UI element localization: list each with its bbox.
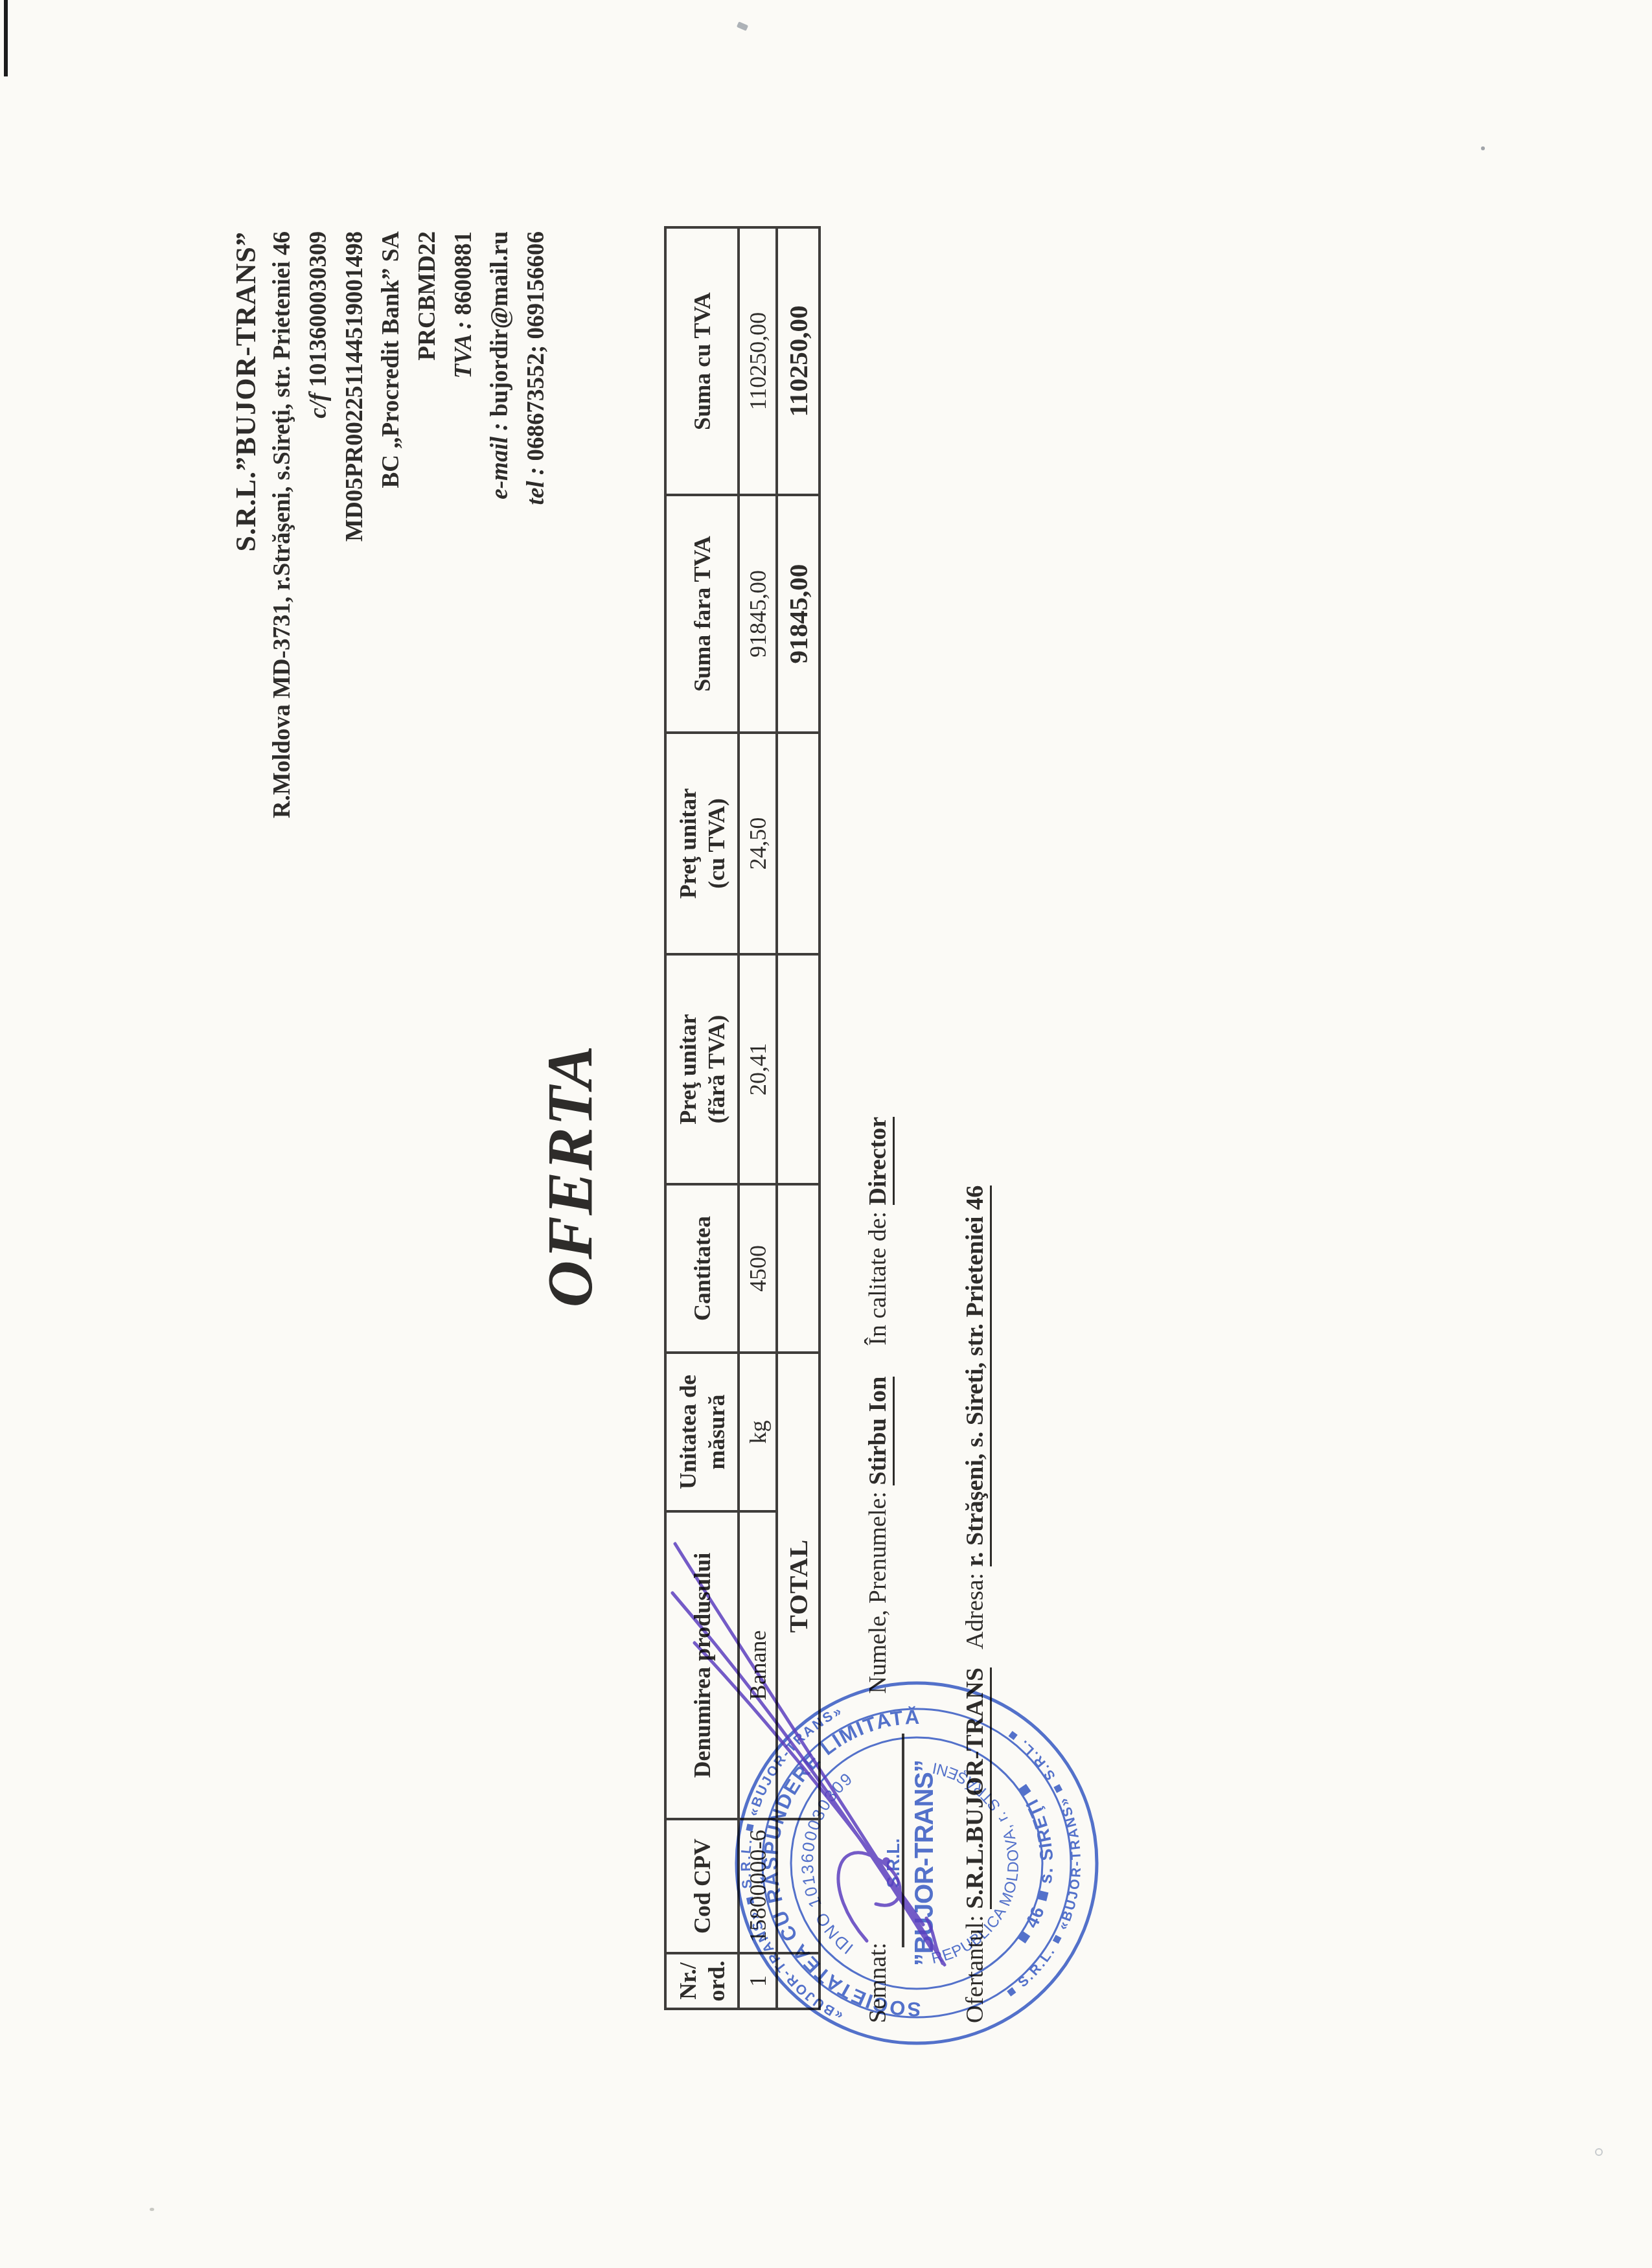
cell-unitate: kg (739, 1353, 777, 1511)
cell-nr: 1 (739, 1953, 777, 2009)
signed-line: Semnat:Numele, Prenumele: Stirbu IonÎn c… (864, 1117, 892, 2023)
role-label: În calitate de: (864, 1211, 891, 1346)
table-row: 1 15800000-6 Banane kg 4500 20,41 24,50 … (739, 227, 777, 2009)
cell-cpv: 15800000-6 (739, 1819, 777, 1953)
address-value: r. Străşeni, s. Sireti, str. Prieteniei … (961, 1186, 992, 1567)
company-name: S.R.L.”BUJOR-TRANS” (228, 231, 264, 818)
total-suma-fara: 91845,00 (777, 495, 820, 733)
scanner-edge-artifact (4, 0, 8, 76)
tva-value: 8600881 (450, 231, 477, 315)
total-label: TOTAL (777, 1353, 820, 1819)
role-value: Director (864, 1117, 895, 1205)
cell-suma-cu: 110250,00 (739, 227, 777, 495)
col-header-pret-fara: Preţ unitar (fără TVA) (665, 954, 739, 1184)
email-label: e-mail : (487, 422, 513, 499)
bank-code-line: PRCBMD22 (409, 231, 446, 818)
total-empty-cpv (777, 1819, 820, 1953)
offerer-line: Ofertantul: S.R.L.BUJOR-TRANSAdresa: r. … (961, 1186, 989, 2023)
col-header-cantitate: Cantitatea (665, 1184, 739, 1353)
tel-value: 068673552; 069156606 (523, 231, 549, 461)
offerer-value: S.R.L.BUJOR-TRANS (961, 1667, 992, 1909)
scan-speck (150, 2208, 154, 2211)
fiscal-code-label: c/f (305, 393, 332, 418)
stamp-center-big-text: ”BUJOR-TRANS” (910, 1760, 939, 1966)
email-line: e-mail : bujordir@mail.ru (482, 231, 518, 818)
svg-text:■ S.R.L. ■ «BUJOR-TRANS» ■: ■ S.R.L. ■ «BUJOR-TRANS» ■ S.R.L. ■ (1004, 1726, 1084, 2000)
total-empty-pret-fara (777, 954, 820, 1184)
semnat-label: Semnat: (864, 1942, 891, 2023)
letterhead: S.R.L.”BUJOR-TRANS” R.Moldova MD-3731, r… (228, 231, 555, 818)
offerer-label: Ofertantul: (961, 1915, 989, 2023)
cell-suma-fara: 91845,00 (739, 495, 777, 733)
email-value: bujordir@mail.ru (487, 231, 513, 417)
total-empty-cantitate (777, 1184, 820, 1353)
address-label: Adresa: (961, 1573, 989, 1649)
cell-denumire: Banane (739, 1511, 777, 1819)
table-total-row: TOTAL 91845,00 110250,00 (777, 227, 820, 2009)
table-header-row: Nr./ ord. Cod CPV Denumirea produsului U… (665, 227, 739, 2009)
col-header-cpv: Cod CPV (665, 1819, 739, 1953)
tva-label: TVA : (450, 321, 477, 379)
total-empty-nr (777, 1953, 820, 2009)
fiscal-code-value: 1013600030309 (305, 231, 332, 387)
company-address: R.Moldova MD-3731, r.Străşeni, s.Sireţi,… (264, 231, 301, 818)
total-empty-pret-cu (777, 733, 820, 954)
stamp-mid-ring-bottom-text: ■ 46 ■ s. SIREŢI ■ (1012, 1779, 1057, 1947)
signature-underline (902, 1734, 904, 1947)
col-header-pret-cu: Preţ unitar (cu TVA) (665, 733, 739, 954)
cell-pret-cu: 24,50 (739, 733, 777, 954)
scan-speck (1595, 2148, 1603, 2156)
cell-pret-fara: 20,41 (739, 954, 777, 1184)
name-value: Stirbu Ion (864, 1377, 895, 1485)
svg-text:■ 46 ■ s. SIREŢI ■: ■ 46 ■ s. SIREŢI ■ (1012, 1779, 1057, 1947)
bank-line: BC „Procredit Bank” SA (373, 231, 409, 818)
stamp-outer-ring-bottom-text: ■ S.R.L. ■ «BUJOR-TRANS» ■ S.R.L. ■ (1004, 1726, 1084, 2000)
offer-document: S.R.L.”BUJOR-TRANS” R.Moldova MD-3731, r… (0, 0, 1652, 2268)
tel-line: tel : 068673552; 069156606 (518, 231, 555, 818)
document-title: OFERTA (533, 1044, 607, 1308)
scan-speck (1481, 146, 1485, 150)
col-header-suma-fara: Suma fara TVA (665, 495, 739, 733)
offer-table: Nr./ ord. Cod CPV Denumirea produsului U… (664, 226, 821, 2010)
tel-label: tel : (523, 467, 549, 505)
cell-cantitate: 4500 (739, 1184, 777, 1353)
col-header-nr: Nr./ ord. (665, 1953, 739, 2009)
fiscal-code-line: c/f 1013600030309 (301, 231, 337, 818)
total-suma-cu: 110250,00 (777, 227, 820, 495)
col-header-denumire: Denumirea produsului (665, 1511, 739, 1819)
stamp-inner-circle (791, 1737, 1042, 1989)
col-header-unitate: Unitatea de măsură (665, 1353, 739, 1511)
iban-line: MD05PR002251144519001498 (337, 231, 373, 818)
tva-line: TVA : 8600881 (446, 231, 482, 818)
scanned-offer-page: S.R.L.”BUJOR-TRANS” R.Moldova MD-3731, r… (0, 0, 1652, 2268)
col-header-suma-cu: Suma cu TVA (665, 227, 739, 495)
name-label: Numele, Prenumele: (864, 1491, 891, 1693)
